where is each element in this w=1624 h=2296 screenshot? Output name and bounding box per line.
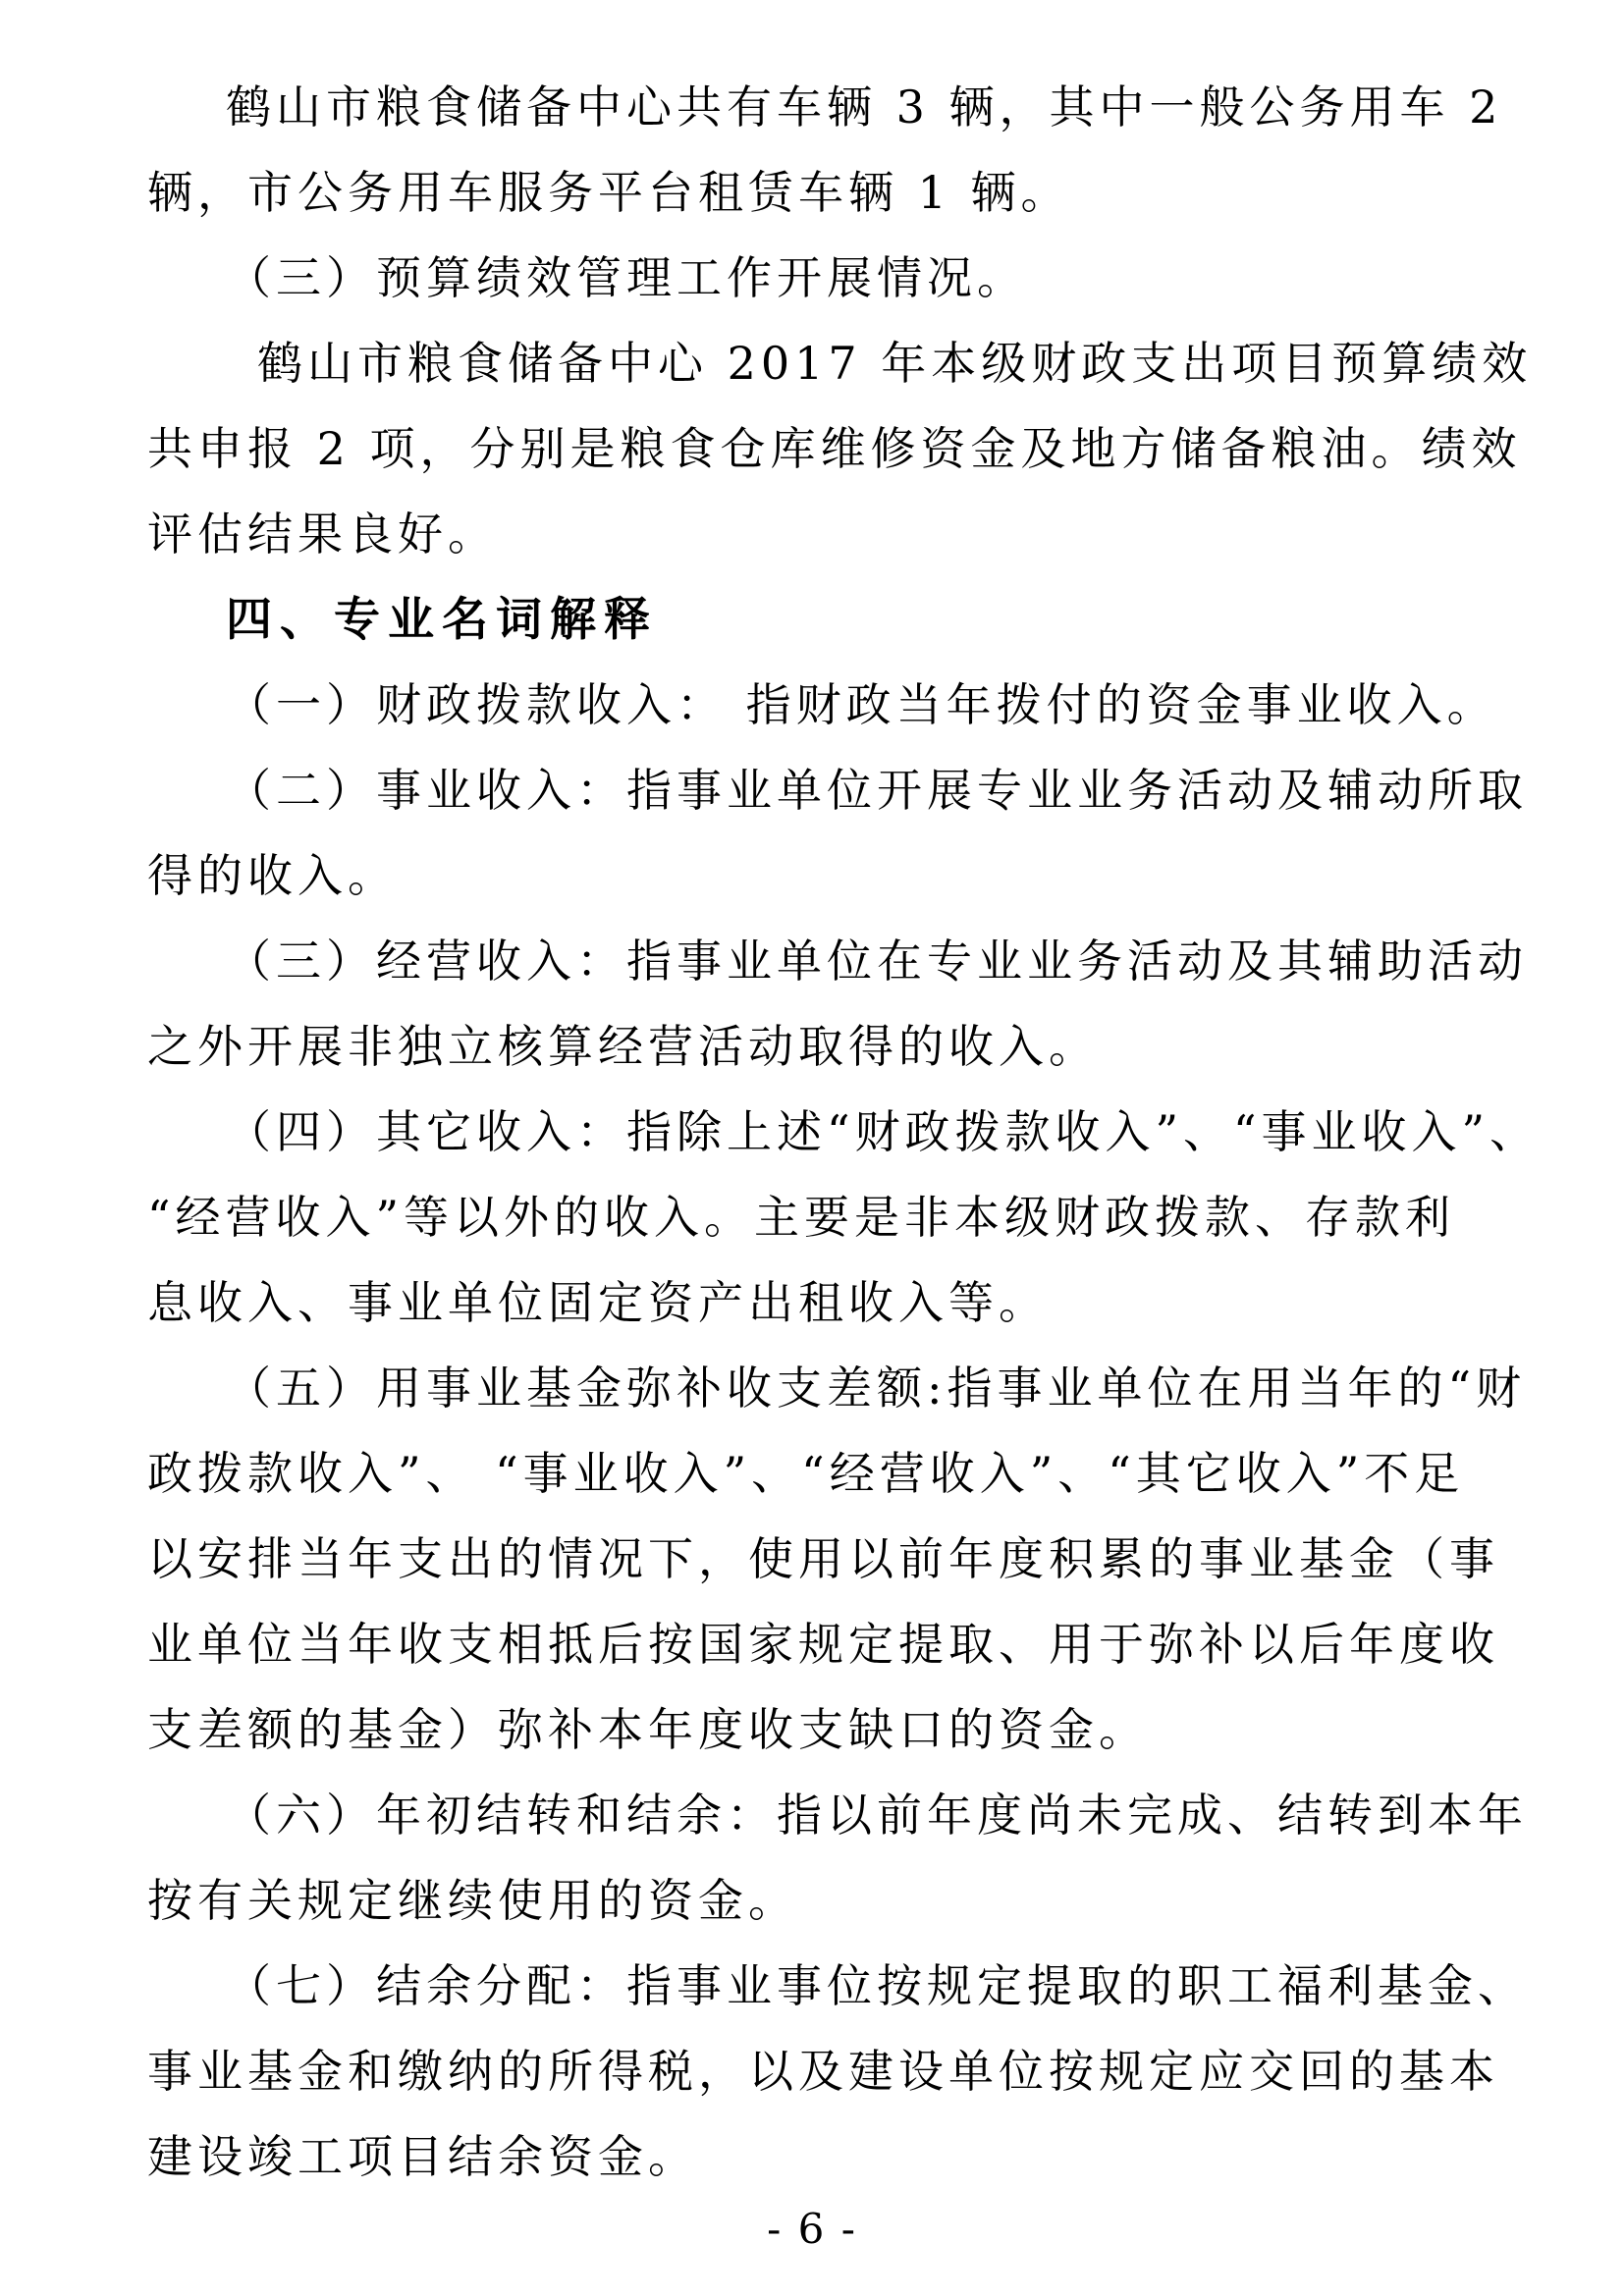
text-line: （七）结余分配：指事业事位按规定提取的职工福利基金、 [147, 1944, 1581, 2029]
text-line: 支差额的基金）弥补本年度收支缺口的资金。 [147, 1687, 1581, 1773]
text-line: 共申报 2 项，分别是粮食仓库维修资金及地方储备粮油。绩效 [147, 406, 1581, 492]
text-line: 政拨款收入”、 “事业收入”、“经营收入”、“其它收入”不足 [147, 1431, 1581, 1517]
text-line: （一）财政拨款收入： 指财政当年拨付的资金事业收入。 [147, 663, 1581, 748]
text-line: 建设竣工项目结余资金。 [147, 2114, 1581, 2200]
document-body: 鹤山市粮食储备中心共有车辆 3 辆，其中一般公务用车 2辆，市公务用车服务平台租… [147, 65, 1581, 2200]
text-line: （三）经营收入：指事业单位在专业业务活动及其辅助活动 [147, 919, 1581, 1004]
text-line: （六）年初结转和结余：指以前年度尚未完成、结转到本年 [147, 1773, 1581, 1858]
text-line: （五）用事业基金弥补收支差额:指事业单位在用当年的“财 [147, 1346, 1581, 1431]
text-line: （二）事业收入：指事业单位开展专业业务活动及辅动所取 [147, 748, 1581, 833]
text-line: （三）预算绩效管理工作开展情况。 [147, 236, 1581, 321]
text-line: 辆，市公务用车服务平台租赁车辆 1 辆。 [147, 150, 1581, 236]
text-line: 业单位当年收支相抵后按国家规定提取、用于弥补以后年度收 [147, 1602, 1581, 1687]
text-line: 之外开展非独立核算经营活动取得的收入。 [147, 1004, 1581, 1090]
text-line: “经营收入”等以外的收入。主要是非本级财政拨款、存款利 [147, 1175, 1581, 1260]
text-line: 息收入、事业单位固定资产出租收入等。 [147, 1260, 1581, 1346]
text-line: 鹤山市粮食储备中心共有车辆 3 辆，其中一般公务用车 2 [147, 65, 1581, 150]
document-page: 鹤山市粮食储备中心共有车辆 3 辆，其中一般公务用车 2辆，市公务用车服务平台租… [0, 0, 1624, 2296]
text-line: 得的收入。 [147, 833, 1581, 919]
text-line: 鹤山市粮食储备中心 2017 年本级财政支出项目预算绩效 [147, 321, 1581, 406]
text-line: 以安排当年支出的情况下，使用以前年度积累的事业基金（事 [147, 1517, 1581, 1602]
page-number: - 6 - [0, 2205, 1624, 2253]
text-line: （四）其它收入：指除上述“财政拨款收入”、“事业收入”、 [147, 1090, 1581, 1175]
text-line: 事业基金和缴纳的所得税，以及建设单位按规定应交回的基本 [147, 2029, 1581, 2114]
text-line: 按有关规定继续使用的资金。 [147, 1858, 1581, 1944]
text-line: 评估结果良好。 [147, 492, 1581, 577]
section-heading: 四、专业名词解释 [147, 577, 1581, 663]
